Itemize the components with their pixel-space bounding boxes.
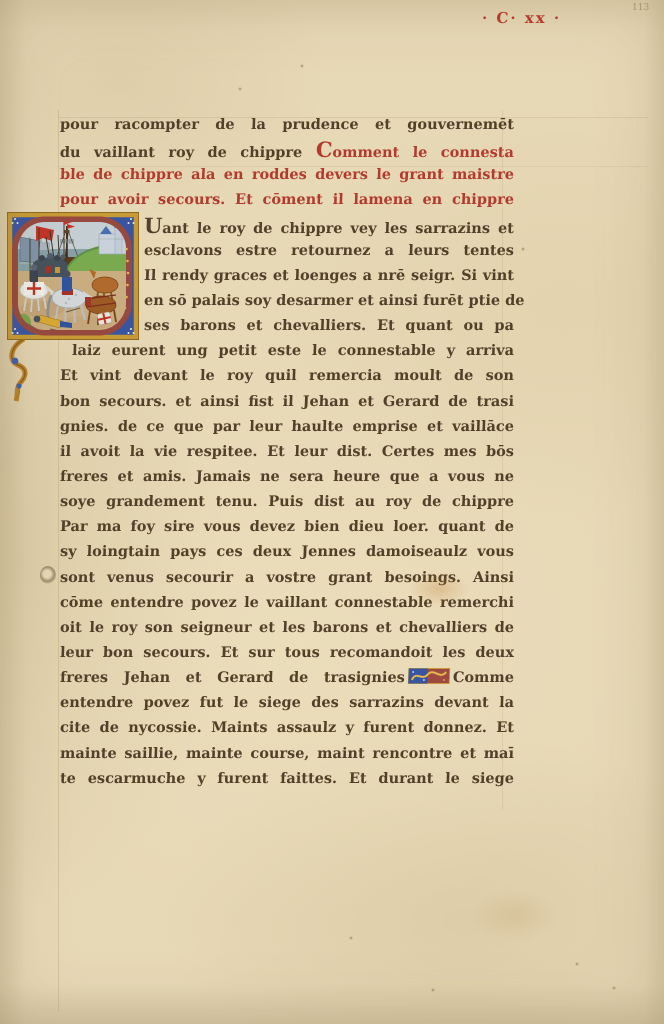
page-vignette: [0, 0, 664, 1024]
manuscript-page: · C· xx · 113: [0, 0, 664, 1024]
